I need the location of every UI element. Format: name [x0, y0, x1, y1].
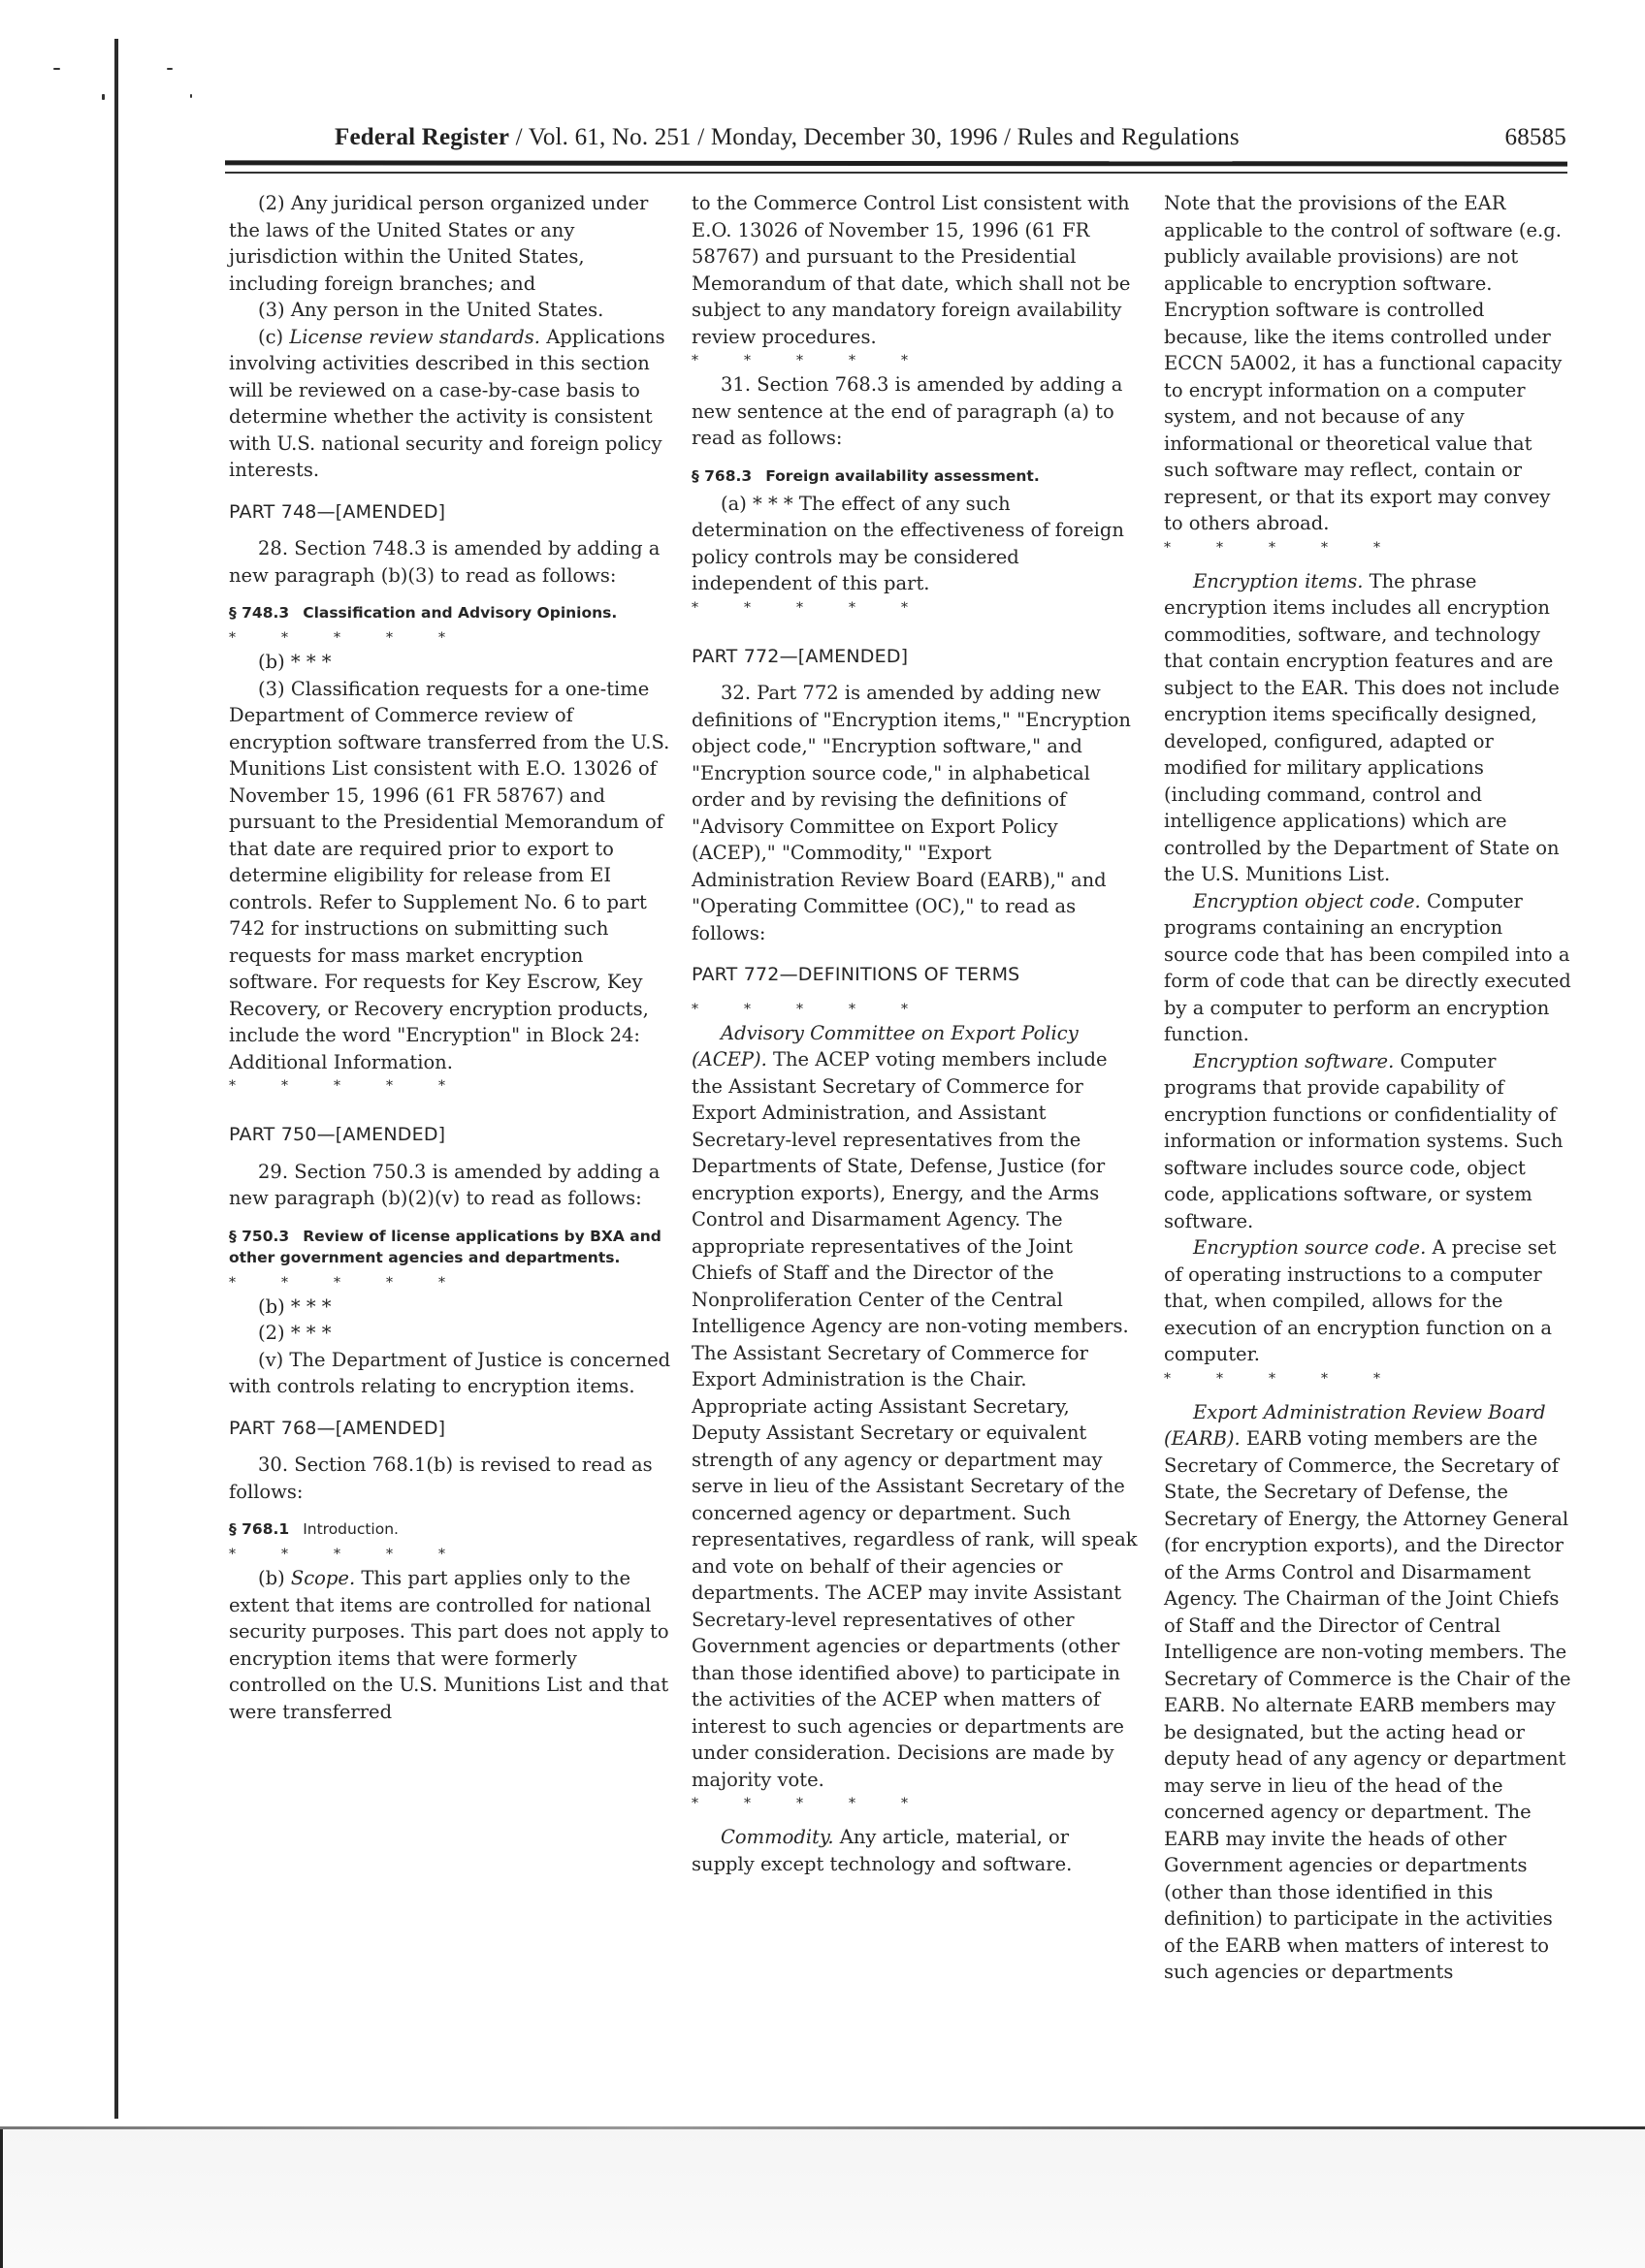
ellipsis-stars: ***** [229, 1272, 673, 1294]
ellipsis-stars: ***** [692, 597, 1138, 619]
column-right: Note that the provisions of the EAR appl… [1164, 190, 1571, 1986]
definition-text: The ACEP voting members include the Assi… [692, 1048, 1138, 1791]
amendatory-instruction: 32. Part 772 is amended by adding new de… [692, 680, 1138, 946]
scan-speck [190, 94, 192, 98]
definition-earb: Export Administration Review Board (EARB… [1164, 1399, 1571, 1986]
section-number: § 768.3 [692, 467, 752, 485]
paragraph: (a) * * * The effect of any such determi… [692, 491, 1138, 597]
scan-edge-left [0, 2129, 3, 2268]
defined-term: Commodity. [721, 1826, 834, 1848]
defined-term: Encryption source code. [1193, 1236, 1426, 1259]
scan-speck [102, 94, 105, 100]
section-title: Review of license applications by BXA an… [229, 1228, 661, 1266]
definition-commodity: Commodity. Any article, material, or sup… [692, 1824, 1138, 1877]
paragraph-label: (c) [258, 326, 289, 348]
paragraph-label: (b) [258, 1567, 291, 1589]
publication-title: Federal Register [335, 124, 509, 150]
paragraph: (2) Any juridical person organized under… [229, 190, 673, 297]
page-number: 68585 [1505, 124, 1567, 151]
amendatory-instruction: 28. Section 748.3 is amended by adding a… [229, 535, 673, 589]
section-title: Introduction. [303, 1520, 399, 1538]
ellipsis-stars: ***** [229, 627, 673, 649]
amendatory-instruction: 30. Section 768.1(b) is revised to read … [229, 1452, 673, 1505]
scan-blank-area [0, 2129, 1645, 2268]
part-heading: PART 772—[AMENDED] [692, 644, 1138, 671]
definition-encryption-software: Encryption software. Computer programs t… [1164, 1048, 1571, 1235]
defined-term: Encryption items. [1193, 570, 1363, 592]
paragraph: (3) Classification requests for a one-ti… [229, 676, 673, 1076]
paragraph-text: This part applies only to the extent tha… [229, 1567, 669, 1723]
header-rule-thin [225, 172, 1567, 174]
definition-encryption-object-code: Encryption object code. Computer program… [1164, 888, 1571, 1048]
paragraph: (2) * * * [229, 1320, 673, 1347]
italic-term: Scope. [291, 1567, 355, 1589]
section-number: § 750.3 [229, 1228, 289, 1245]
definition-acep: Advisory Committee on Export Policy (ACE… [692, 1020, 1138, 1794]
ellipsis-stars: ***** [229, 1544, 673, 1565]
paragraph: Note that the provisions of the EAR appl… [1164, 190, 1571, 537]
ellipsis-stars: ***** [1164, 1368, 1571, 1390]
part-heading: PART 750—[AMENDED] [229, 1122, 673, 1149]
column-left: (2) Any juridical person organized under… [229, 190, 673, 1725]
section-number: § 768.1 [229, 1520, 289, 1538]
scan-speck [167, 68, 173, 70]
italic-term: License review standards. [289, 326, 540, 348]
paragraph-text: Applications involving activities descri… [229, 326, 665, 482]
definition-encryption-source-code: Encryption source code. A precise set of… [1164, 1234, 1571, 1368]
paragraph: to the Commerce Control List consistent … [692, 190, 1138, 350]
issue-info: / Vol. 61, No. 251 / Monday, December 30… [509, 124, 1240, 150]
definition-text: The phrase encryption items includes all… [1164, 570, 1560, 886]
definition-text: Computer programs containing an encrypti… [1164, 890, 1571, 1046]
page-header: Federal Register / Vol. 61, No. 251 / Mo… [335, 124, 1566, 159]
definition-text: Computer programs that provide capabilit… [1164, 1050, 1563, 1232]
section-number: § 748.3 [229, 604, 289, 622]
paragraph: (3) Any person in the United States. [229, 297, 673, 324]
ellipsis-stars: ***** [692, 1793, 1138, 1814]
amendatory-instruction: 31. Section 768.3 is amended by adding a… [692, 371, 1138, 452]
paragraph-scope: (b) Scope. This part applies only to the… [229, 1565, 673, 1725]
section-heading: § 768.1Introduction. [229, 1518, 673, 1540]
ellipsis-stars: ***** [1164, 537, 1571, 559]
section-heading: § 768.3Foreign availability assessment. [692, 465, 1138, 487]
definition-text: EARB voting members are the Secretary of… [1164, 1427, 1571, 1983]
part-heading: PART 748—[AMENDED] [229, 499, 673, 527]
defined-term: Encryption object code. [1193, 890, 1421, 912]
ellipsis-stars: ***** [229, 1075, 673, 1097]
amendatory-instruction: 29. Section 750.3 is amended by adding a… [229, 1159, 673, 1212]
definition-encryption-items: Encryption items. The phrase encryption … [1164, 568, 1571, 888]
scan-speck [53, 68, 60, 70]
paragraph-license-review: (c) License review standards. Applicatio… [229, 324, 673, 484]
column-middle: to the Commerce Control List consistent … [692, 190, 1138, 1877]
part-heading: PART 772—DEFINITIONS OF TERMS [692, 962, 1138, 989]
section-heading: § 748.3Classification and Advisory Opini… [229, 602, 673, 623]
scan-binding-line [114, 39, 118, 2119]
ellipsis-stars: ***** [692, 999, 1138, 1020]
ellipsis-stars: ***** [692, 350, 1138, 371]
header-rule-thick [225, 160, 1567, 166]
section-heading: § 750.3Review of license applications by… [229, 1226, 673, 1268]
section-title: Classification and Advisory Opinions. [303, 604, 617, 622]
paragraph: (b) * * * [229, 1294, 673, 1321]
paragraph: (b) * * * [229, 649, 673, 676]
paragraph: (v) The Department of Justice is concern… [229, 1347, 673, 1400]
section-title: Foreign availability assessment. [765, 467, 1040, 485]
header-citation: Federal Register / Vol. 61, No. 251 / Mo… [335, 124, 1492, 151]
part-heading: PART 768—[AMENDED] [229, 1416, 673, 1443]
defined-term: Encryption software. [1193, 1050, 1394, 1072]
